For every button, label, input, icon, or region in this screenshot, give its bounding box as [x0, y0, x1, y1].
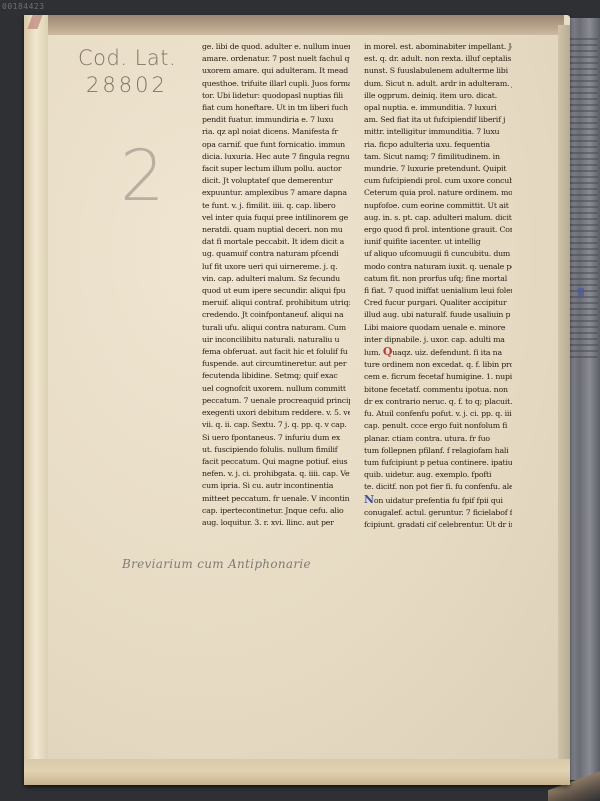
text-line: quib. uidetur. aug. exemplo. fpofti — [364, 469, 512, 481]
text-line: dicia. luxuria. Hec aute 7 fingula regnu… — [202, 151, 350, 163]
red-initial-q: Q — [383, 346, 392, 358]
text-line: Cred fucur purgari. Qualiter accipitur — [364, 297, 512, 309]
text-line: facit peccatum. Qui magne potiuf. eius — [202, 456, 350, 468]
text-line: fu. Atuil confenfu pofut. v. j. ci. pp. … — [364, 408, 512, 420]
text-line: cum fufcipiendi prol. cum uxore concub. — [364, 175, 512, 187]
text-line: uf aliquo ufcomuugii fi cuncubitu. dum — [364, 248, 512, 260]
text-line: tum fufcipiunt p petua continere. ipatiu… — [364, 457, 512, 469]
text-line: nunst. S fuuslabulenem adulterme libi — [364, 65, 512, 77]
text-line: ergo quod fi prol. intentione grauit. Co… — [364, 224, 512, 236]
text-column-right: in morel. est. abominabiter impellant. J… — [364, 41, 512, 531]
text-line: bitone fecetatf. commentu ipotua. non — [364, 384, 512, 396]
text-line: Si uero fpontaneus. 7 infuriu dum ex — [202, 432, 350, 444]
text-line: dum. Sicut n. adult. ardr in adulteram. … — [364, 78, 512, 90]
text-line: uel cognofcit uxorem. nullum committ — [202, 383, 350, 395]
text-line: fecutenda libidine. Setmq; quif exac — [202, 370, 350, 382]
pencil-note: Breviarium cum Antiphonarie — [122, 557, 311, 571]
text-line: uir inconcilibitu naturali. naturaliu u — [202, 334, 350, 346]
text-line: nefen. v. j. ci. prohibgata. q. iiii. ca… — [202, 468, 350, 480]
text-line: est. q. dr. adult. non rexta. illuf cept… — [364, 53, 512, 65]
page-bottom-edge — [24, 759, 570, 785]
text-line: dr ex contrario neruc. q. f. to q; placu… — [364, 396, 512, 408]
text-line: fema obferuat. aut facit hic et folulif … — [202, 346, 350, 358]
text-line: facit super lectum illum pollu. auctor — [202, 163, 350, 175]
text-line: questhoe. trifuite illarl cupli. Juos fo… — [202, 78, 350, 90]
text-line: dicit. Jt voluptatef que demerentur — [202, 175, 350, 187]
shelfmark: Cod. Lat. 28802 — [78, 45, 176, 99]
text-line: exegenti uxori debitum reddere. v. 5. ve — [202, 407, 350, 419]
shelfmark-number: 28802 — [78, 72, 176, 99]
text-line: vel inter quia fuqui pree intilinorem ge — [202, 212, 350, 224]
blue-initial-n: N — [364, 494, 374, 506]
text-line: ut. fuscipiendo folulis. nullum fimilif — [202, 444, 350, 456]
text-line: amare. ordenatur. 7 post nuelt fachul qu… — [202, 53, 350, 65]
text-line: nupfofoe. cum eorine committit. Ut ait — [364, 200, 512, 212]
text-line: tum follepnen pfilanf. f relagiofam hali — [364, 445, 512, 457]
text-line: cap. penult. ccce ergo fuit nonfolum fi — [364, 420, 512, 432]
text-line: cem e. ficrum fecetaf humigine. 1. nupi … — [364, 371, 512, 383]
text-column-left: ge. libi de quod. adulter e. nullum inue… — [202, 41, 350, 529]
shelfmark-line1: Cod. Lat. — [78, 45, 176, 72]
text-line: aug. in. s. pt. cap. adulteri malum. dic… — [364, 212, 512, 224]
text-line: cap. ipertecontinetur. Jnque cefu. alio — [202, 505, 350, 517]
page-left-edge — [24, 15, 48, 785]
text-line: uxorem amare. qui adulteram. It mead — [202, 65, 350, 77]
text-line: in morel. est. abominabiter impellant. J… — [364, 41, 512, 53]
adjacent-leaves — [566, 18, 600, 780]
text-line: catum fit. non prorfus ufq; fine mortal — [364, 273, 512, 285]
text-line: mundrie. 7 luxurie pretendunt. Quipit — [364, 163, 512, 175]
text-line: fi fiat. 7 quod iniffat uenialium leui f… — [364, 285, 512, 297]
adjacent-blue-initial — [578, 288, 584, 296]
text-line: ug. quamuif contra naturam pfcendi — [202, 248, 350, 260]
text-line: te. dicitf. non pot fier fi. fu confenfu… — [364, 481, 512, 493]
text-line: fuspende. aut circumtineretur. aut per — [202, 358, 350, 370]
adjacent-leaf-text — [570, 38, 598, 358]
text-line: illud aug. ubi naturalf. fuude usaliuin … — [364, 309, 512, 321]
text-line: tam. Sicut namq; 7 fimilitudinem. in — [364, 151, 512, 163]
text-line: iunif quifite iacenter. ut intellig — [364, 236, 512, 248]
text-line: Ceterum quia prol. nature ordinem. more — [364, 187, 512, 199]
text-line: neratdi. quam nuptial deceri. non mu — [202, 224, 350, 236]
text-line: Libi maiore quodam uenale e. minore — [364, 322, 512, 334]
text-line: lum. Quaqz. uiz. defendunt. fi ita na — [364, 346, 512, 359]
text-line: Non uidatur prefentia fu fpif fpii qui — [364, 494, 512, 507]
text-line: credendo. Jt coinfpontaneuf. aliqui na — [202, 309, 350, 321]
text-line: planar. ctiam contra. utura. fr fuo — [364, 433, 512, 445]
folio-number: 2 — [120, 135, 165, 217]
text-line: mitteet peccatum. fr uenale. V incontin — [202, 493, 350, 505]
text-line: ge. libi de quod. adulter e. nullum inue… — [202, 41, 350, 53]
text-line: peccatum. 7 uenale procreaquid princip — [202, 395, 350, 407]
text-line: opal nuptia. e. immunditia. 7 luxuri — [364, 102, 512, 114]
text-line: conugalef. actul. geruntur. 7 ficielabof… — [364, 507, 512, 519]
image-id-label: 00184423 — [2, 2, 45, 11]
text-line: luf fit uxore ueri qui uirnereme. j. q. — [202, 261, 350, 273]
text-line: inter dipnabile. j. uxor. cap. adulti ma — [364, 334, 512, 346]
text-line: fiat cum honeftare. Ut in tm liberi fuch — [202, 102, 350, 114]
text-line: ria. ficpo adulteria uxu. fequentia — [364, 139, 512, 151]
text-line: meruif. aliqui contraf. prohibitum utriq… — [202, 297, 350, 309]
page-right-edge — [558, 25, 570, 777]
text-line: vin. cap. adulteri malum. Sz fecundu — [202, 273, 350, 285]
text-line: cum ipria. Si cu. autr incontinentia — [202, 480, 350, 492]
page-top-edge — [36, 15, 564, 35]
text-line: ille ogprum. deiniq. item uro. dicat. — [364, 90, 512, 102]
text-line: mittr. intelligitur immunditia. 7 luxu — [364, 126, 512, 138]
text-line: am. Sed fiat ita ut fufcipiendif liberif… — [364, 114, 512, 126]
text-line: opa carnif. que funt fornicatio. immun — [202, 139, 350, 151]
text-line: modo contra naturam iuxit. q. uenale pe — [364, 261, 512, 273]
text-line: turali ufu. aliqui contra naturam. Cum — [202, 322, 350, 334]
text-line: ria. qz apl noiat dicens. Manifesta fr — [202, 126, 350, 138]
text-line: pendit fuatur. immundiria e. 7 luxu — [202, 114, 350, 126]
text-line: expuuntur. amplexibus 7 amare dapna — [202, 187, 350, 199]
text-line: vii. q. ii. cap. Sextu. 7 j. q. pp. q. v… — [202, 419, 350, 431]
manuscript-page: Cod. Lat. 28802 2 ge. libi de quod. adul… — [24, 15, 570, 785]
text-line: te funt. v. j. fimilit. iiii. q. cap. li… — [202, 200, 350, 212]
text-line: tor. Ubi lidetur: quodopasl nuptias fili — [202, 90, 350, 102]
text-line: dat fi mortale peccabit. It idem dicit a — [202, 236, 350, 248]
text-line: fcipiunt. gradati cif celebrentur. Ut dr… — [364, 519, 512, 531]
text-line: ture ordinem non excedat. q. f. libin pr… — [364, 359, 512, 371]
text-line: quod ut eum ipere secundir. aliqui fpu — [202, 285, 350, 297]
text-line: aug. loquitur. 3. r. xvi. llinc. aut per — [202, 517, 350, 529]
